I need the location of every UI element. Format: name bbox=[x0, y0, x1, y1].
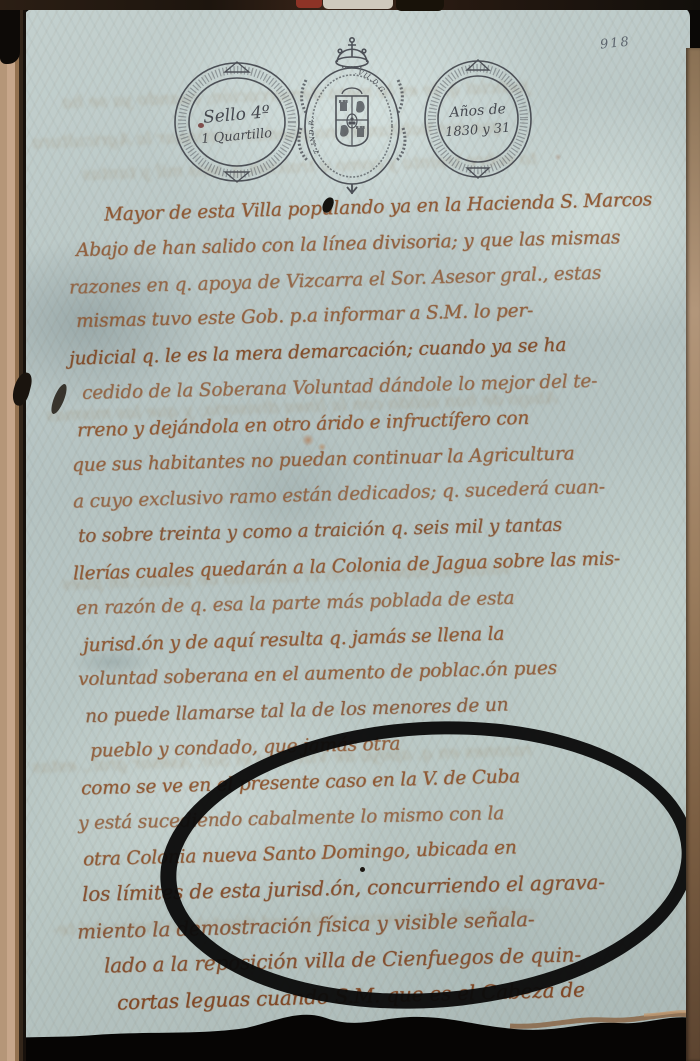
left-seal-line1: Sello 4º bbox=[202, 102, 271, 128]
book-spine bbox=[0, 0, 26, 1061]
top-edge-light-fragment bbox=[323, 0, 393, 9]
right-seal-line2: 1830 y 31 bbox=[445, 121, 511, 141]
manuscript-line: judicial q. le es la mera demarcación; c… bbox=[69, 324, 690, 377]
bleed-through-text: voluntad soberana en el aumento de pobla… bbox=[62, 559, 512, 595]
royal-arms-seal bbox=[305, 38, 399, 194]
manuscript-line: llerías cuales quedarán a la Colonia de … bbox=[73, 539, 690, 592]
right-seal-line1: Años de bbox=[447, 101, 506, 121]
ink-blot bbox=[48, 382, 69, 415]
manuscript-line: cedido de la Soberana Voluntad dándole l… bbox=[82, 361, 690, 411]
top-edge-red-fragment bbox=[296, 0, 322, 8]
page-stack-edge bbox=[686, 48, 700, 1061]
torn-page-edge bbox=[0, 1003, 700, 1061]
manuscript-line: to sobre treinta y como a traición q. se… bbox=[78, 505, 690, 555]
revenue-stamp: Sello 4º 1 Quartillo Años de 1830 y 31 H… bbox=[150, 32, 542, 202]
manuscript-line: voluntad soberana en el aumento de pobla… bbox=[78, 648, 690, 698]
manuscript-line: mismas tuvo este Gob. p.a informar a S.M… bbox=[76, 290, 690, 340]
folio-number: 918 bbox=[599, 34, 631, 52]
manuscript-line: rreno y dejándola en otro árido e infruc… bbox=[77, 396, 690, 449]
manuscript-line: que sus habitantes no puedan continuar l… bbox=[72, 433, 690, 483]
manuscript-photo: judicial q. le es la mera demarcación; c… bbox=[0, 0, 700, 1061]
manuscript-line: jurisd.ón y de aquí resulta q. jamás se … bbox=[83, 611, 690, 664]
top-edge-dark-fragment bbox=[396, 0, 444, 11]
manuscript-line: en razón de q. esa la parte más poblada … bbox=[76, 576, 690, 626]
bleed-through-text: Abajo de han salido con la línea divisor… bbox=[46, 388, 558, 426]
manuscript-line: a cuyo exclusivo ramo están dedicados; q… bbox=[73, 467, 690, 520]
manuscript-line: Abajo de han salido con la línea divisor… bbox=[76, 218, 690, 268]
manuscript-line: razones en q. apoya de Vizcarra el Sor. … bbox=[69, 253, 690, 306]
left-seal-line2: 1 Quartillo bbox=[201, 126, 273, 147]
